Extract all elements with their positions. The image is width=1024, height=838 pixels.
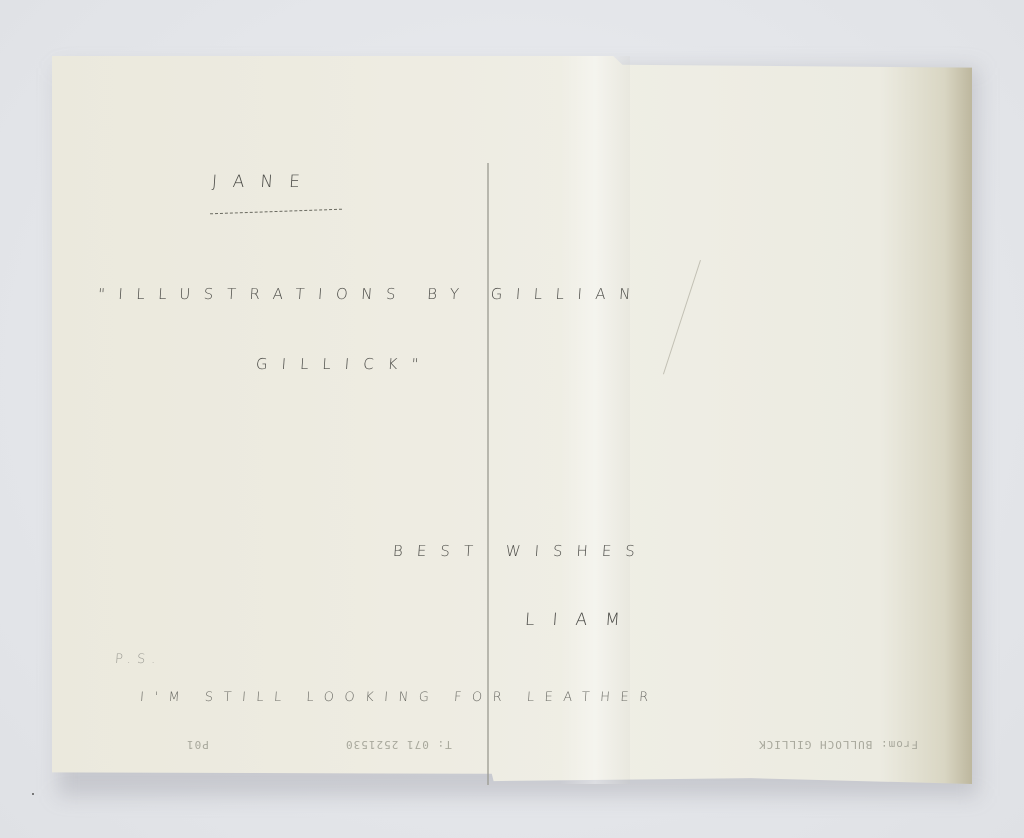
closing-text: BEST WISHES	[392, 542, 649, 560]
paper-fold-highlight	[560, 56, 630, 784]
handwriting-line-2: GILLICK"	[255, 355, 433, 373]
handwriting-line-1: "ILLUSTRATIONS BY GILLIAN	[97, 285, 644, 303]
fax-header-phone: T: 071 2521530	[345, 738, 452, 751]
fax-header-from: From: BULLOCH GILLICK	[758, 738, 918, 751]
speck-mark	[32, 793, 34, 795]
signature: LIAM	[524, 610, 638, 630]
ps-label: P.S.	[114, 652, 161, 667]
fax-header-page: P01	[186, 738, 209, 751]
ps-text: I'M STILL LOOKING FOR LEATHER	[139, 690, 659, 705]
salutation: JANE	[211, 172, 316, 192]
fax-paper-sheet	[52, 56, 972, 784]
